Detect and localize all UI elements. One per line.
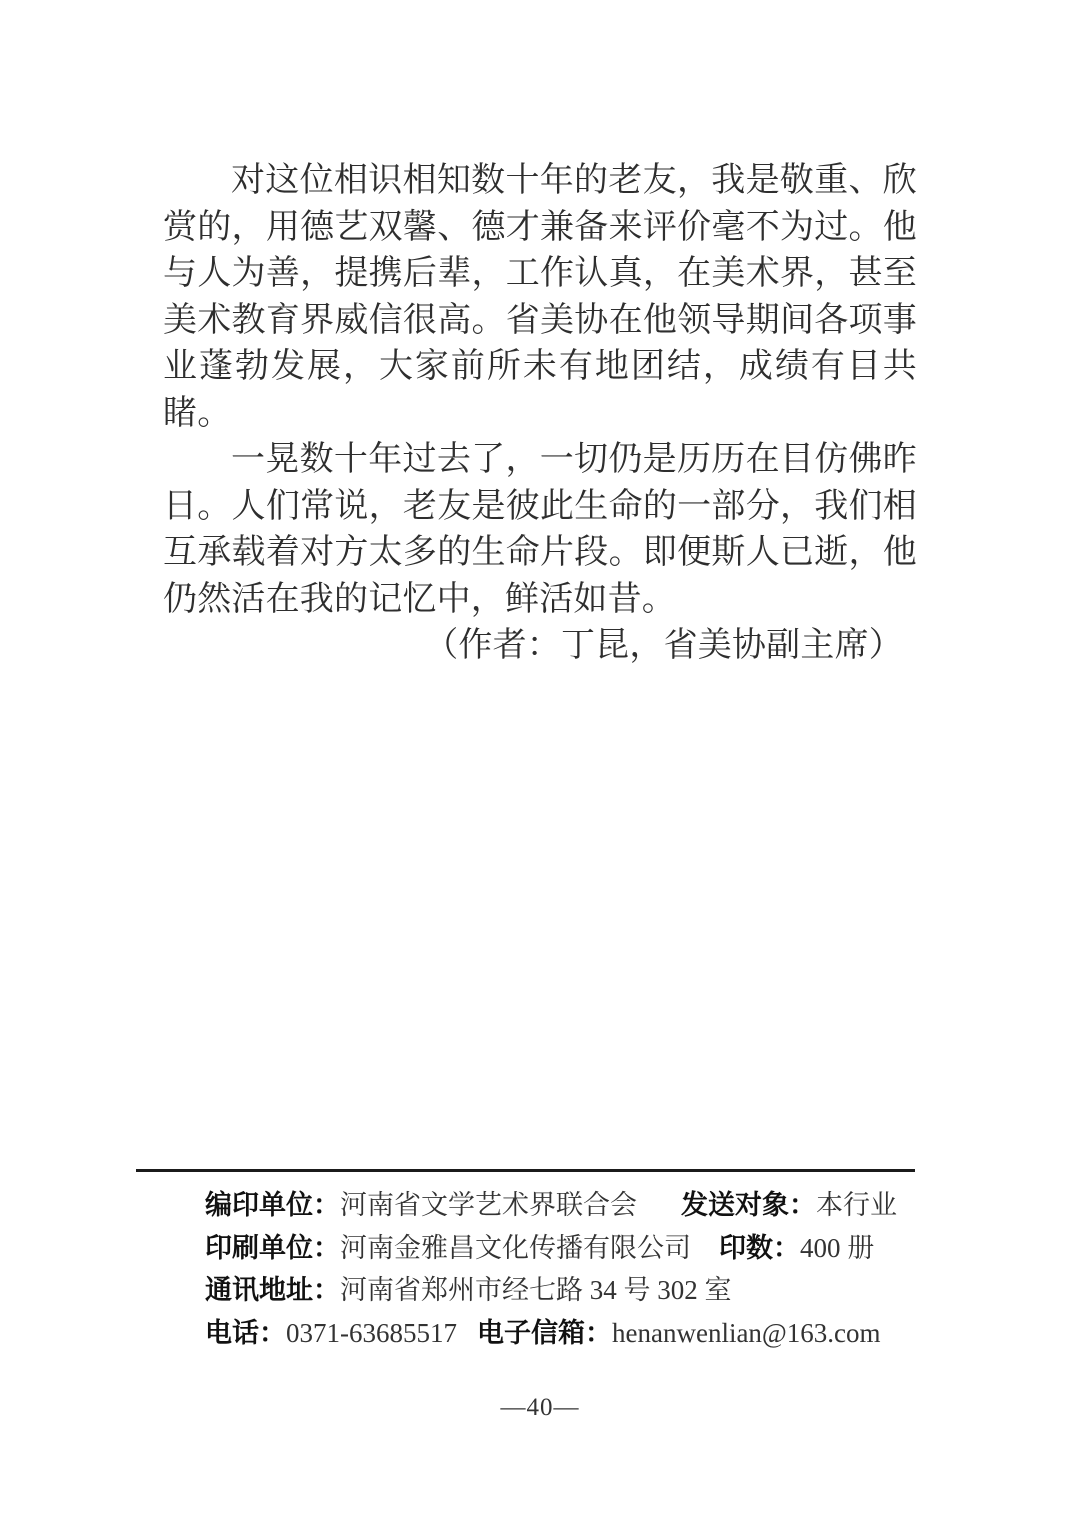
colophon-row-publisher: 编印单位：河南省文学艺术界联合会发送对象：本行业	[205, 1184, 917, 1227]
address-label: 通讯地址：	[205, 1275, 340, 1305]
publisher-label: 编印单位：	[205, 1190, 340, 1220]
print-run-label: 印数：	[719, 1233, 800, 1263]
printer-label: 印刷单位：	[205, 1233, 340, 1263]
document-page: 对这位相识相知数十年的老友，我是敬重、欣赏的，用德艺双馨、德才兼备来评价毫不为过…	[0, 0, 1080, 1525]
author-byline: （作者：丁昆，省美协副主席）	[163, 623, 917, 670]
colophon-block: 编印单位：河南省文学艺术界联合会发送对象：本行业 印刷单位：河南金雅昌文化传播有…	[205, 1184, 917, 1354]
colophon-row-printer: 印刷单位：河南金雅昌文化传播有限公司印数：400 册	[205, 1227, 917, 1270]
publisher-value: 河南省文学艺术界联合会	[340, 1190, 637, 1220]
printer-value: 河南金雅昌文化传播有限公司	[340, 1233, 691, 1263]
phone-value: 0371-63685517	[286, 1318, 457, 1348]
print-run-value: 400 册	[800, 1233, 874, 1263]
colophon-divider	[136, 1169, 915, 1172]
article-body: 对这位相识相知数十年的老友，我是敬重、欣赏的，用德艺双馨、德才兼备来评价毫不为过…	[163, 158, 917, 670]
colophon-row-contact: 电话：0371-63685517电子信箱：henanwenlian@163.co…	[205, 1312, 917, 1355]
colophon-row-address: 通讯地址：河南省郑州市经七路 34 号 302 室	[205, 1269, 917, 1312]
distribution-label: 发送对象：	[681, 1190, 816, 1220]
email-value: henanwenlian@163.com	[612, 1318, 881, 1348]
address-value: 河南省郑州市经七路 34 号 302 室	[340, 1275, 732, 1305]
page-number: —40—	[0, 1394, 1080, 1422]
article-paragraph: 一晃数十年过去了，一切仍是历历在目仿佛昨日。人们常说，老友是彼此生命的一部分，我…	[163, 437, 917, 623]
phone-label: 电话：	[205, 1318, 286, 1348]
article-paragraph: 对这位相识相知数十年的老友，我是敬重、欣赏的，用德艺双馨、德才兼备来评价毫不为过…	[163, 158, 917, 437]
email-label: 电子信箱：	[477, 1318, 612, 1348]
distribution-value: 本行业	[816, 1190, 897, 1220]
